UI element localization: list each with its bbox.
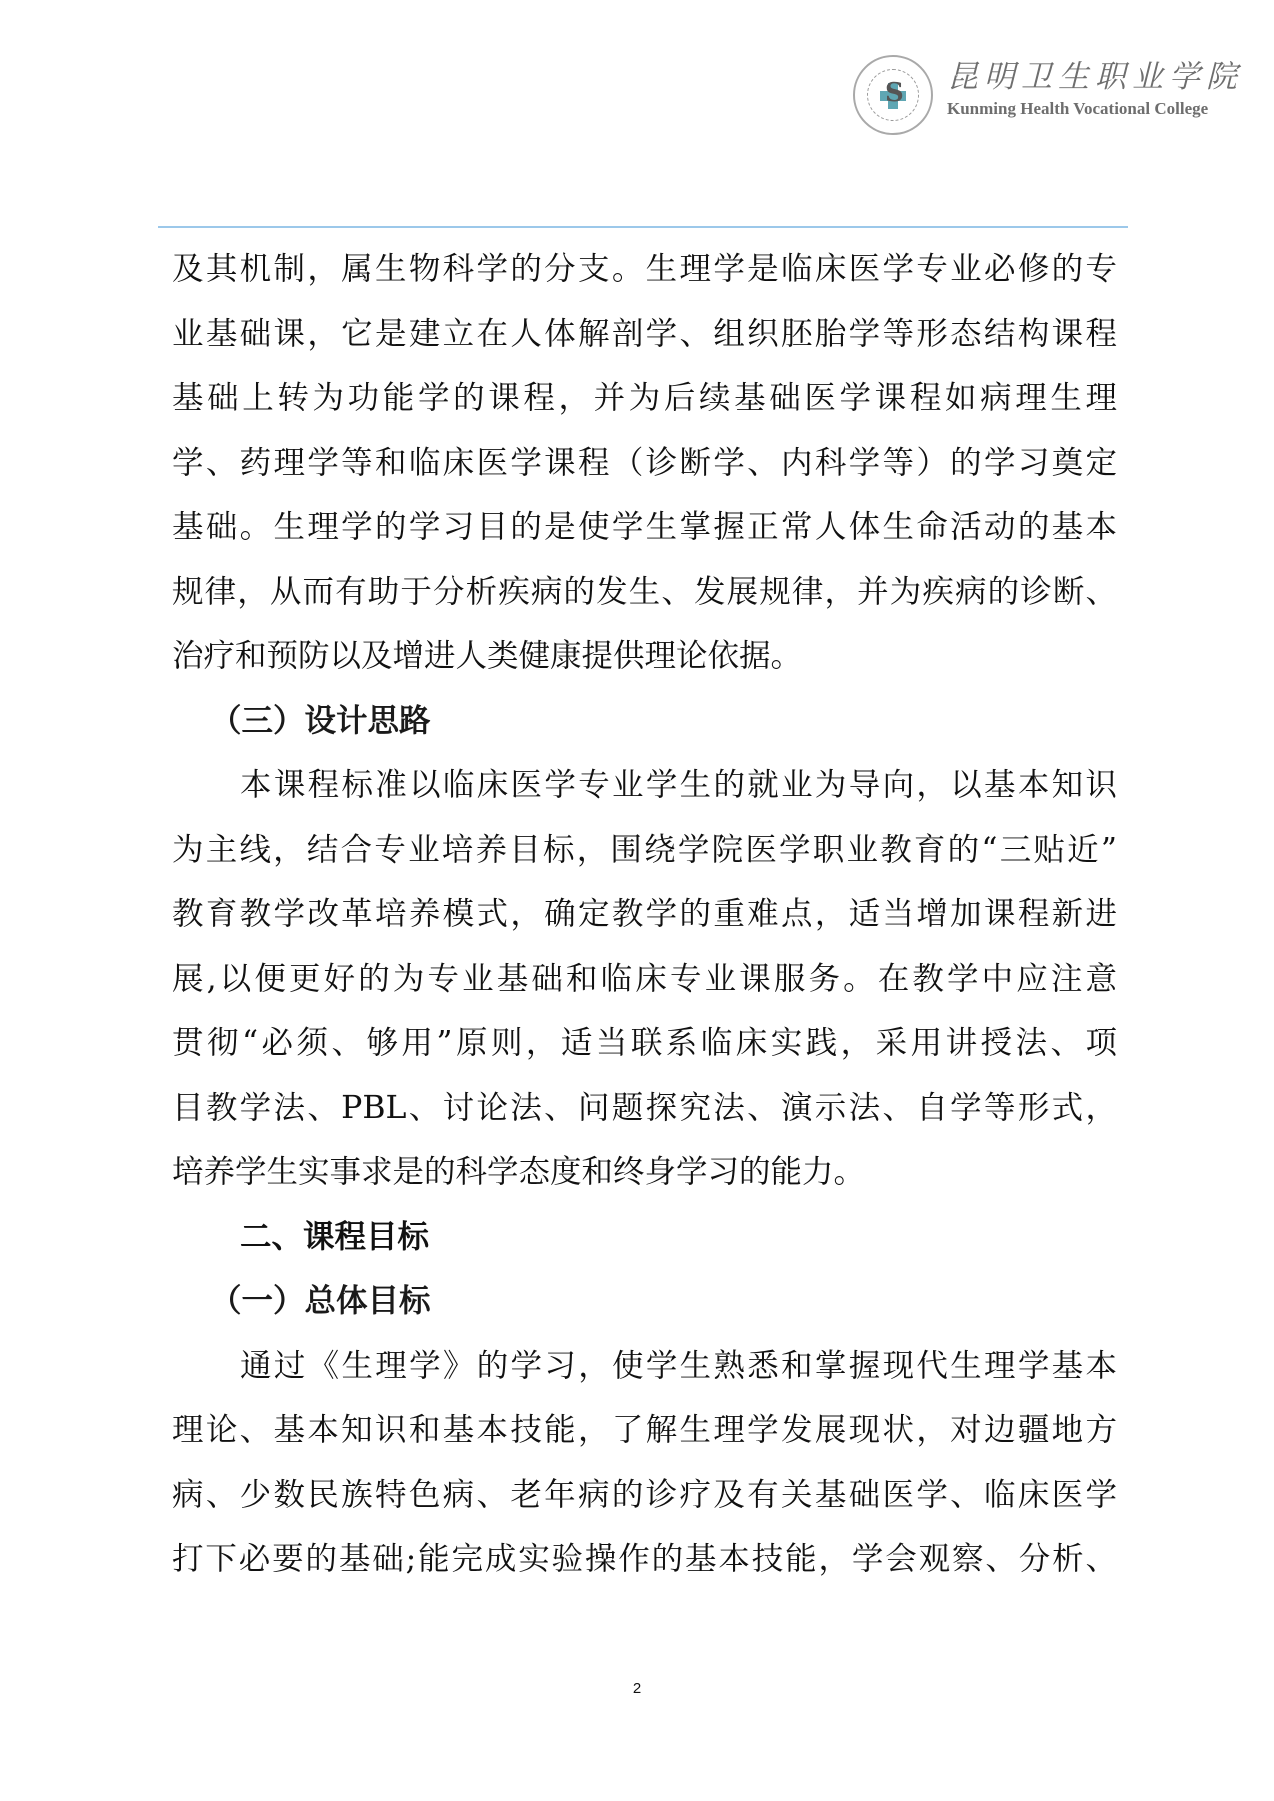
body-line: 治疗和预防以及增进人类健康提供理论依据。 [172, 632, 1117, 697]
body-line: 及其机制，属生物科学的分支。生理学是临床医学专业必修的专 [172, 245, 1117, 310]
body-line: 贯彻“必须、够用”原则，适当联系临床实践，采用讲授法、项 [172, 1019, 1117, 1084]
page-number: 2 [0, 1680, 1274, 1697]
body-line: 规律，从而有助于分析疾病的发生、发展规律，并为疾病的诊断、 [172, 568, 1117, 633]
college-seal-icon: S [853, 55, 933, 135]
body-line: 学、药理学等和临床医学课程（诊断学、内科学等）的学习奠定 [172, 439, 1117, 504]
body-line: 基础。生理学的学习目的是使学生掌握正常人体生命活动的基本 [172, 503, 1117, 568]
body-line: 通过《生理学》的学习，使学生熟悉和掌握现代生理学基本 [172, 1342, 1117, 1407]
header-divider [158, 226, 1128, 228]
dragon-s-emblem-icon: S [885, 77, 901, 109]
body-line: 培养学生实事求是的科学态度和终身学习的能力。 [172, 1148, 1117, 1213]
body-line: 基础上转为功能学的课程，并为后续基础医学课程如病理生理 [172, 374, 1117, 439]
body-line: 病、少数民族特色病、老年病的诊疗及有关基础医学、临床医学 [172, 1471, 1117, 1536]
body-line: 本课程标准以临床医学专业学生的就业为导向，以基本知识 [172, 761, 1117, 826]
section-heading-design-approach: （三）设计思路 [172, 697, 1117, 762]
body-line: 打下必要的基础;能完成实验操作的基本技能，学会观察、分析、 [172, 1535, 1117, 1600]
college-name-english: Kunming Health Vocational College [947, 99, 1208, 119]
body-line: 为主线，结合专业培养目标，围绕学院医学职业教育的“三贴近” [172, 826, 1117, 891]
document-body: 及其机制，属生物科学的分支。生理学是临床医学专业必修的专 业基础课，它是建立在人… [172, 245, 1117, 1600]
body-line: 理论、基本知识和基本技能，了解生理学发展现状，对边疆地方 [172, 1406, 1117, 1471]
chapter-heading-course-objectives: 二、课程目标 [172, 1213, 1117, 1278]
college-header-logo: S 昆明卫生职业学院 Kunming Health Vocational Col… [853, 55, 1233, 145]
body-line: 教育教学改革培养模式，确定教学的重难点，适当增加课程新进 [172, 890, 1117, 955]
body-line: 业基础课，它是建立在人体解剖学、组织胚胎学等形态结构课程 [172, 310, 1117, 375]
section-heading-overall-objectives: （一）总体目标 [172, 1277, 1117, 1342]
college-name-chinese: 昆明卫生职业学院 [947, 57, 1243, 97]
body-line: 展,以便更好的为专业基础和临床专业课服务。在教学中应注意 [172, 955, 1117, 1020]
body-line: 目教学法、PBL、讨论法、问题探究法、演示法、自学等形式， [172, 1084, 1117, 1149]
